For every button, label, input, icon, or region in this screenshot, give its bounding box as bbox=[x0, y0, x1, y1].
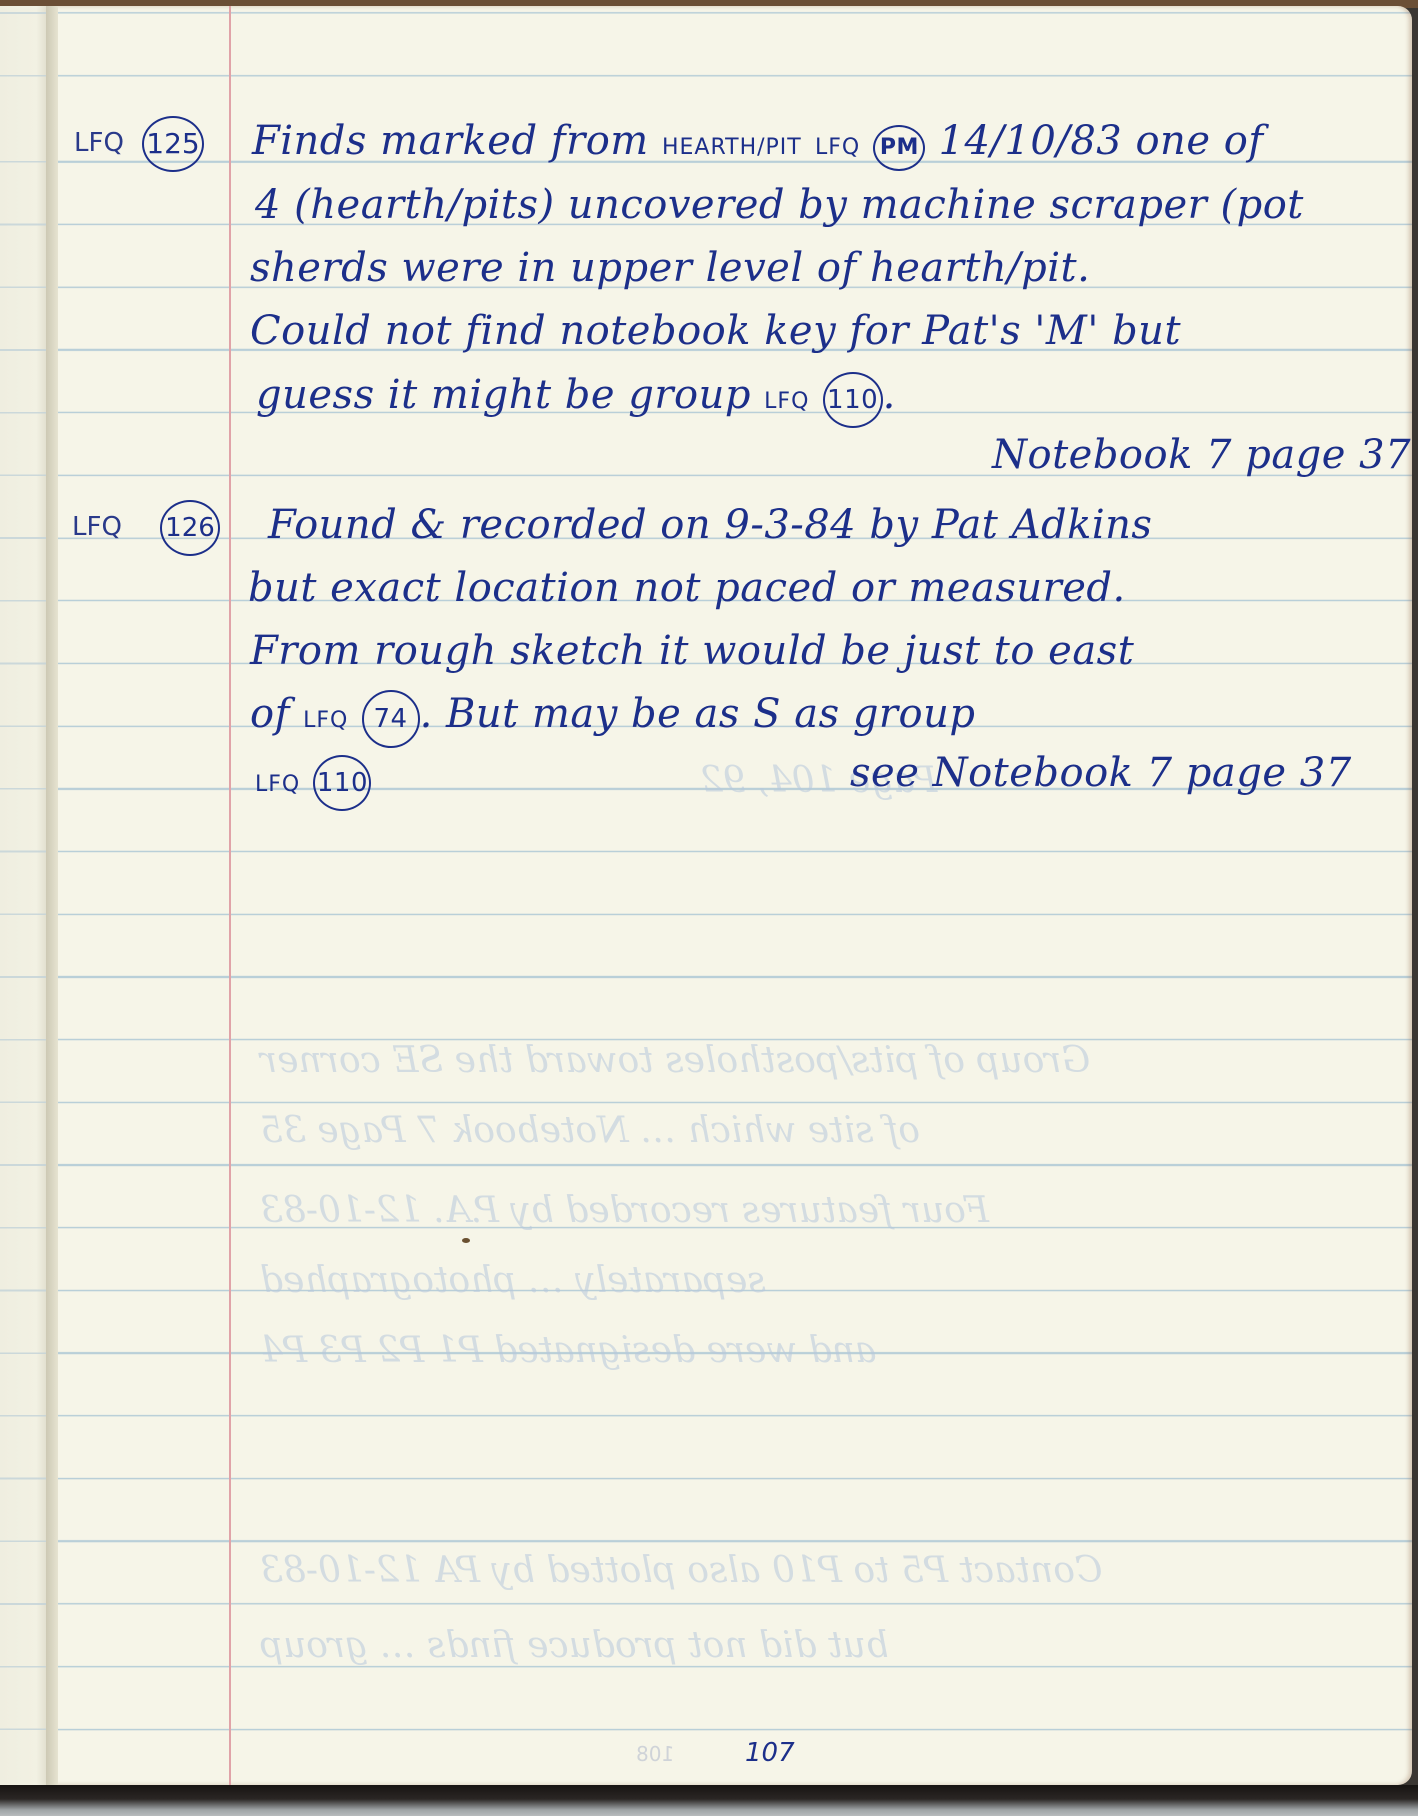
entry-number-circle: 126 bbox=[160, 500, 220, 556]
reference-circle: 74 bbox=[362, 690, 420, 748]
notebook-reference: see Notebook 7 page 37 bbox=[850, 750, 1352, 796]
entry-line: guess it might be group LFQ 110. bbox=[256, 372, 896, 428]
entry-number-circle: 125 bbox=[142, 116, 204, 172]
entry-label: LFQ bbox=[72, 512, 122, 542]
paper-speck bbox=[462, 1238, 470, 1243]
entry-line: From rough sketch it would be just to ea… bbox=[250, 628, 1134, 674]
margin-rule bbox=[229, 6, 231, 1785]
entry-line: LFQ 110 bbox=[255, 755, 371, 811]
notebook-bottom-edge bbox=[0, 1785, 1418, 1816]
entry-line: Could not find notebook key for Pat's 'M… bbox=[250, 308, 1181, 354]
page-gutter bbox=[46, 6, 58, 1785]
entry-line: sherds were in upper level of hearth/pit… bbox=[250, 245, 1090, 291]
reference-circle: 110 bbox=[823, 372, 883, 428]
show-through-page-number: 108 bbox=[636, 1742, 674, 1766]
page-number: 107 bbox=[745, 1738, 795, 1768]
entry-line: 4 (hearth/pits) uncovered by machine scr… bbox=[255, 182, 1304, 228]
reference-circle: PM bbox=[873, 125, 925, 171]
entry-line: but exact location not paced or measured… bbox=[248, 565, 1126, 611]
notebook-reference: Notebook 7 page 37 bbox=[992, 432, 1411, 478]
entry-line: Found & recorded on 9-3-84 by Pat Adkins bbox=[268, 502, 1152, 548]
entry-line: Finds marked from HEARTH/PIT LFQ PM 14/1… bbox=[252, 118, 1264, 171]
entry-label: LFQ bbox=[74, 128, 124, 158]
reference-circle: 110 bbox=[313, 755, 371, 811]
entry-line: of LFQ 74. But may be as S as group bbox=[250, 690, 976, 748]
